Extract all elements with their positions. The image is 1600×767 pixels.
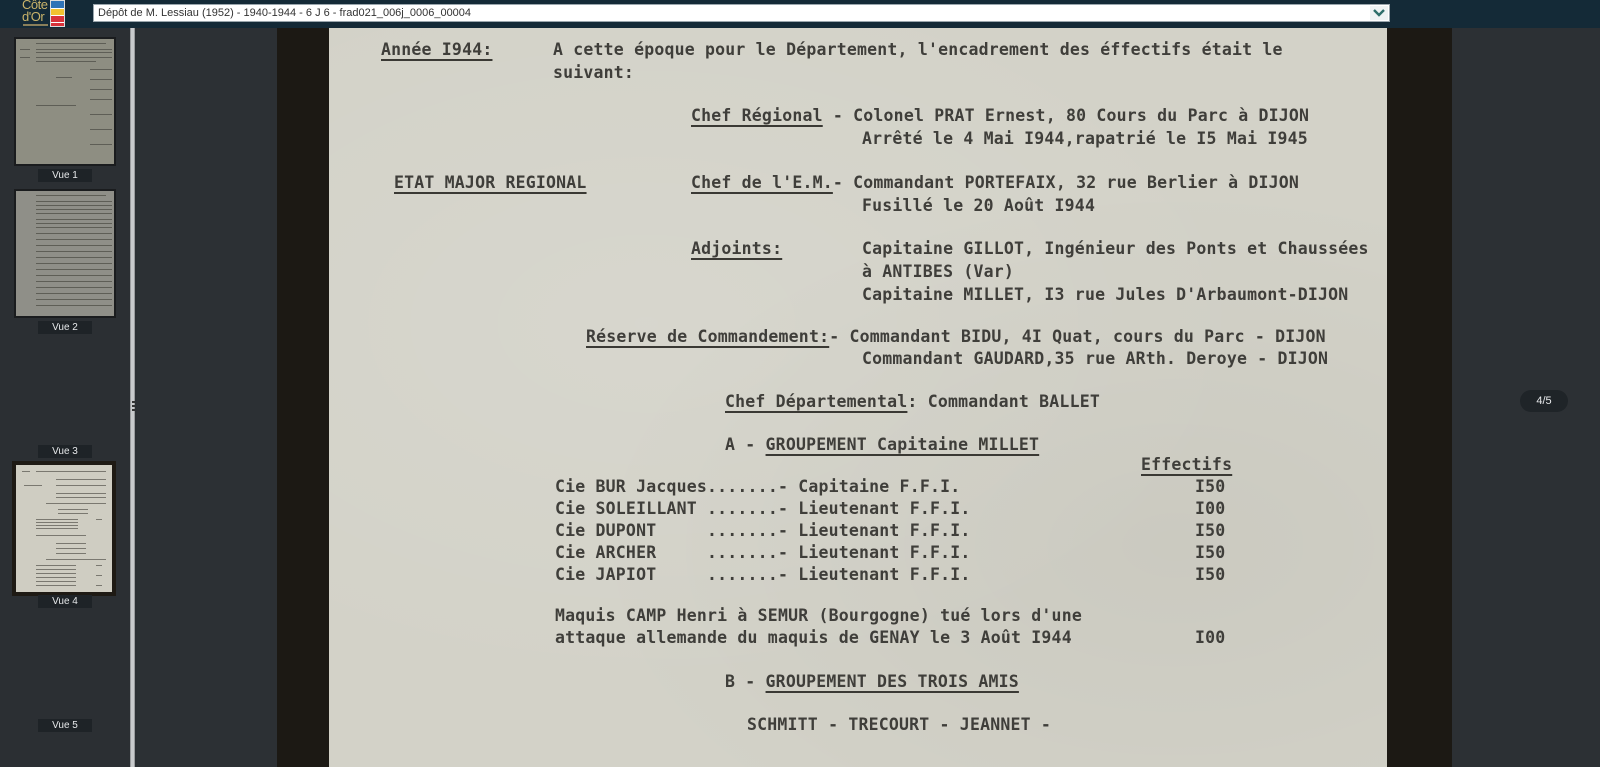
logo-subtitle — [23, 24, 48, 26]
chef-departemental: Chef Départemental: Commandant BALLET — [725, 392, 1100, 411]
etat-major-label: ETAT MAJOR REGIONAL — [394, 173, 587, 192]
sidebar-scrollbar[interactable] — [130, 28, 135, 767]
effectifs-header: Effectifs — [1141, 455, 1232, 474]
thumbnail-page-image — [16, 465, 112, 592]
page-counter: 4/5 — [1520, 390, 1568, 412]
reserve-line-2: Commandant GAUDARD,35 rue ARth. Deroye -… — [862, 349, 1328, 368]
chef-regional: Chef Régional - Colonel PRAT Ernest, 80 … — [691, 106, 1309, 125]
chef-regional-line-2: Arrêté le 4 Mai I944,rapatrié le I5 Mai … — [862, 129, 1308, 148]
intro-line-2: suivant: — [553, 63, 634, 82]
group-b-members: SCHMITT - TRECOURT - JEANNET - — [747, 715, 1051, 734]
company-dots: ....... — [707, 477, 778, 496]
thumbnail-label[interactable]: Vue 2 — [38, 321, 92, 334]
maquis-line-1: Maquis CAMP Henri à SEMUR (Bourgogne) tu… — [555, 606, 1082, 625]
company-rank: - Capitaine F.F.I. — [778, 477, 960, 496]
thumbnail-sidebar: Vue 1 Vue 2 Vue 3 — [0, 28, 128, 767]
thumbnail-page-image — [16, 191, 114, 316]
grip-icon[interactable] — [132, 401, 135, 413]
logo-text: Côte d'Or — [22, 0, 47, 23]
company-rank: - Lieutenant F.F.I. — [778, 499, 971, 518]
reserve-label: Réserve de Commandement: — [586, 327, 829, 346]
chef-em: Chef de l'E.M.- Commandant PORTEFAIX, 32… — [691, 173, 1299, 192]
thumbnail-vue-2[interactable] — [14, 189, 116, 318]
chef-dep-value: : Commandant BALLET — [907, 392, 1100, 411]
thumbnail-label[interactable]: Vue 4 — [38, 595, 92, 608]
company-name: Cie SOLEILLANT — [555, 499, 707, 518]
scanned-page[interactable]: Année I944: A cette époque pour le Dépar… — [277, 28, 1452, 767]
company-name: Cie DUPONT — [555, 521, 707, 540]
thumbnail-page-image — [16, 39, 114, 164]
chef-em-line-2: Fusillé le 20 Août I944 — [862, 196, 1095, 215]
company-effectif: I00 — [1195, 499, 1225, 518]
chef-dep-label: Chef Départemental — [725, 392, 907, 411]
company-effectif: I50 — [1195, 521, 1225, 540]
reserve: Réserve de Commandement:- Commandant BID… — [586, 327, 1326, 346]
thumbnail-vue-4[interactable] — [12, 461, 116, 596]
company-rank: - Lieutenant F.F.I. — [778, 543, 971, 562]
company-effectif: I50 — [1195, 565, 1225, 584]
company-effectif: I50 — [1195, 543, 1225, 562]
company-name-rank: Cie SOLEILLANT .......- Lieutenant F.F.I… — [555, 499, 971, 518]
year-label: Année I944: — [381, 40, 492, 59]
chef-em-line-1: - Commandant PORTEFAIX, 32 rue Berlier à… — [833, 173, 1299, 192]
sidebar-resize-handle[interactable] — [128, 28, 137, 767]
company-dots: ....... — [707, 543, 778, 562]
document-selector-value: Dépôt de M. Lessiau (1952) - 1940-1944 -… — [98, 7, 471, 19]
company-name-rank: Cie JAPIOT .......- Lieutenant F.F.I. — [555, 565, 971, 584]
adjoints-label: Adjoints: — [691, 239, 782, 258]
company-name: Cie BUR Jacques — [555, 477, 707, 496]
maquis-line-2: attaque allemande du maquis de GENAY le … — [555, 628, 1072, 647]
intro-line-1: A cette époque pour le Département, l'en… — [553, 40, 1283, 59]
group-b-heading: B - GROUPEMENT DES TROIS AMIS — [725, 672, 1019, 691]
thumbnail-label[interactable]: Vue 3 — [38, 445, 92, 458]
company-name-rank: Cie BUR Jacques.......- Capitaine F.F.I. — [555, 477, 960, 496]
chef-regional-label: Chef Régional — [691, 106, 823, 125]
company-dots: ....... — [707, 565, 778, 584]
company-rank: - Lieutenant F.F.I. — [778, 521, 971, 540]
company-effectif: I50 — [1195, 477, 1225, 496]
group-b-prefix: B - — [725, 672, 766, 691]
chef-regional-line-1: - Colonel PRAT Ernest, 80 Cours du Parc … — [823, 106, 1309, 125]
group-a-prefix: A - — [725, 435, 766, 454]
company-rank: - Lieutenant F.F.I. — [778, 565, 971, 584]
logo-line-2: d'Or — [22, 11, 47, 23]
group-b-title: GROUPEMENT DES TROIS AMIS — [766, 672, 1019, 691]
chevron-down-icon[interactable] — [1370, 6, 1388, 20]
maquis-effectif: I00 — [1195, 628, 1225, 647]
document-paper: Année I944: A cette époque pour le Dépar… — [329, 28, 1387, 767]
company-dots: ....... — [707, 499, 778, 518]
company-name-rank: Cie DUPONT .......- Lieutenant F.F.I. — [555, 521, 971, 540]
company-dots: ....... — [707, 521, 778, 540]
group-a-heading: A - GROUPEMENT Capitaine MILLET — [725, 435, 1039, 454]
company-name: Cie ARCHER — [555, 543, 707, 562]
cote-dor-logo[interactable]: Côte d'Or — [22, 0, 70, 28]
thumbnail-vue-1[interactable] — [14, 37, 116, 166]
adjoints-line-2: à ANTIBES (Var) — [862, 262, 1014, 281]
reserve-line-1: - Commandant BIDU, 4I Quat, cours du Par… — [829, 327, 1326, 346]
company-name-rank: Cie ARCHER .......- Lieutenant F.F.I. — [555, 543, 971, 562]
adjoints-line-3: Capitaine MILLET, I3 rue Jules D'Arbaumo… — [862, 285, 1348, 304]
thumbnail-label[interactable]: Vue 1 — [38, 169, 92, 182]
document-viewer[interactable]: Année I944: A cette époque pour le Dépar… — [137, 28, 1600, 767]
company-name: Cie JAPIOT — [555, 565, 707, 584]
group-a-title: GROUPEMENT Capitaine MILLET — [766, 435, 1040, 454]
logo-flag-icon — [50, 0, 65, 27]
top-bar: Côte d'Or Dépôt de M. Lessiau (1952) - 1… — [0, 0, 1600, 28]
thumbnail-label[interactable]: Vue 5 — [38, 719, 92, 732]
chef-em-label: Chef de l'E.M. — [691, 173, 833, 192]
document-selector[interactable]: Dépôt de M. Lessiau (1952) - 1940-1944 -… — [93, 4, 1390, 22]
adjoints-line-1: Capitaine GILLOT, Ingénieur des Ponts et… — [862, 239, 1369, 258]
